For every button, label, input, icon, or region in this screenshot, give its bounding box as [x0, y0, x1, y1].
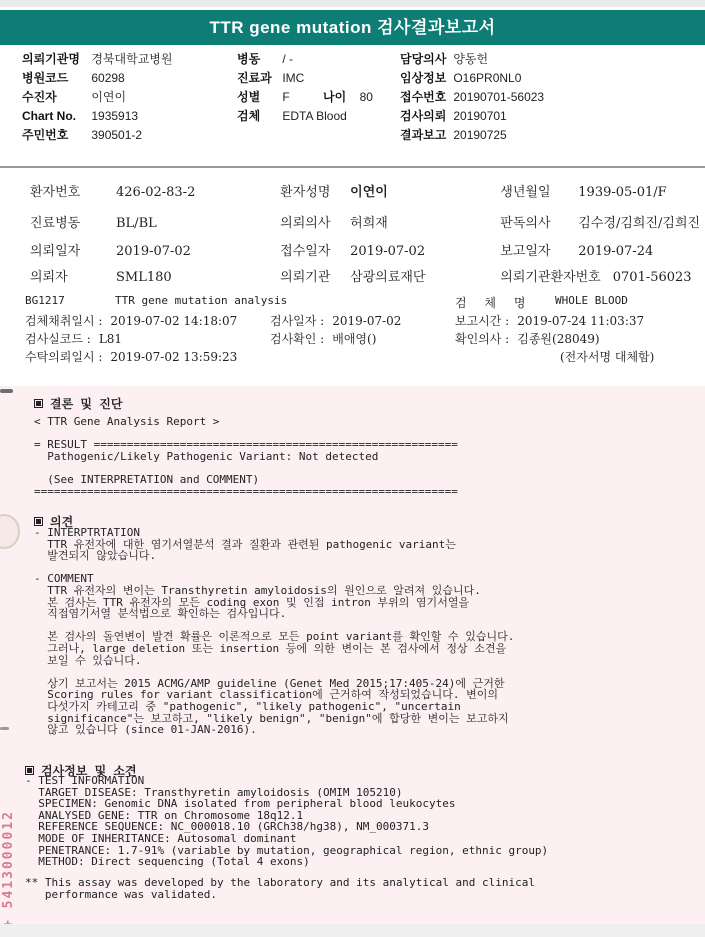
- test-code: BG1217: [25, 294, 65, 307]
- field-value: 390501-2: [91, 128, 142, 142]
- field-label: 검사확인 :: [270, 332, 324, 346]
- e-signature-note: (전자서명 대체함): [560, 348, 654, 365]
- field-label: 보고일자: [500, 240, 566, 259]
- test-date: 검사일자 :2019-07-02: [270, 312, 401, 329]
- vertical-barcode-number: + 5413000012: [1, 810, 16, 928]
- patient-row: 의뢰자SML180 의뢰기관삼광의료재단 의뢰기관환자번호0701-56023: [30, 266, 692, 285]
- order-meta-row: 검사실코드 :L81 검사확인 :배애영() 확인의사 :김종원(28049): [25, 330, 695, 348]
- field-label: 보고시간 :: [455, 314, 509, 328]
- field-request-date: 검사의뢰 20190701: [400, 107, 544, 126]
- field-label: 검체: [237, 107, 279, 126]
- field-hospital-code: 병원코드 60298: [22, 69, 173, 88]
- conclusion-result-text: < TTR Gene Analysis Report > = RESULT ==…: [34, 416, 458, 497]
- field-label: 접수일자: [280, 240, 350, 259]
- field-ward: 병동 / -: [237, 50, 373, 69]
- field-value: 경북대학교병원: [91, 52, 172, 66]
- field-value: F: [282, 90, 289, 104]
- field-value: 허희재: [350, 212, 496, 231]
- horizontal-divider: [0, 166, 705, 168]
- lab-code: 검사실코드 :L81: [25, 330, 122, 347]
- field-value: 김종원(28049): [517, 332, 599, 346]
- scan-mark-artifact: [0, 727, 9, 730]
- field-clinical-info: 임상정보 O16PR0NL0: [400, 69, 544, 88]
- test-information-text: - TEST INFORMATION TARGET DISEASE: Trans…: [25, 775, 548, 868]
- header-info-middle-column: 병동 / - 진료과 IMC 성별 F 나이 80 검체 EDTA Blood: [237, 50, 373, 126]
- patient-row: 진료병동BL/BL 의뢰의사허희재 판독의사김수경/김희진/김희진: [30, 212, 700, 231]
- field-sex-age: 성별 F 나이 80: [237, 88, 373, 107]
- collection-datetime: 검체채취일시 :2019-07-02 14:18:07: [25, 312, 237, 329]
- field-value: 1935913: [91, 109, 138, 123]
- field-label: 담당의사: [400, 50, 450, 69]
- field-report-date: 결과보고 20190725: [400, 126, 544, 145]
- field-label: 환자성명: [280, 181, 350, 200]
- field-label: 생년월일: [500, 181, 566, 200]
- field-label: 진료과: [237, 69, 279, 88]
- test-verifier: 검사확인 :배애영(): [270, 330, 376, 347]
- field-value: 60298: [91, 71, 124, 85]
- field-label: 성별: [237, 88, 279, 107]
- field-label: 병동: [237, 50, 279, 69]
- field-value: 20190725: [453, 128, 506, 142]
- section-heading-conclusion: 결론 및 진단: [34, 395, 122, 412]
- field-value: 2019-07-02: [350, 244, 496, 259]
- field-attending-doctor: 담당의사 양동헌: [400, 50, 544, 69]
- report-title: TTR gene mutation 검사결과보고서: [209, 18, 495, 37]
- field-value: 426-02-83-2: [116, 185, 276, 200]
- header-info-left-column: 의뢰기관명 경북대학교병원 병원코드 60298 수진자 이연이 Chart N…: [22, 50, 173, 145]
- field-value: 삼광의료재단: [350, 266, 496, 285]
- field-value: 2019-07-24: [578, 244, 653, 259]
- specimen-name-label: 검 체 명: [455, 294, 532, 311]
- bottom-strip: [0, 924, 705, 937]
- patient-row: 의뢰일자2019-07-02 접수일자2019-07-02 보고일자2019-0…: [30, 240, 653, 259]
- field-label: 검사실코드 :: [25, 332, 91, 346]
- field-ordering-institution: 의뢰기관명 경북대학교병원: [22, 50, 173, 69]
- field-value: L81: [99, 332, 122, 346]
- field-value: IMC: [282, 71, 304, 85]
- field-value: 2019-07-24 11:03:37: [517, 314, 644, 328]
- field-examinee: 수진자 이연이: [22, 88, 173, 107]
- header-info-right-column: 담당의사 양동헌 임상정보 O16PR0NL0 접수번호 20190701-56…: [400, 50, 544, 145]
- field-label: 진료병동: [30, 212, 116, 231]
- patient-row: 환자번호426-02-83-2 환자성명이연이 생년월일1939-05-01/F: [30, 181, 667, 200]
- square-bullet-icon: [34, 399, 43, 408]
- field-value: 20190701: [453, 109, 506, 123]
- square-bullet-icon: [34, 517, 43, 526]
- field-value: 2019-07-02: [116, 244, 276, 259]
- field-label: 확인의사 :: [455, 332, 509, 346]
- field-value: O16PR0NL0: [453, 71, 521, 85]
- test-name: TTR gene mutation analysis: [115, 294, 287, 307]
- field-value: 80: [360, 90, 373, 104]
- specimen-name-value: WHOLE BLOOD: [555, 294, 628, 307]
- field-value: BL/BL: [116, 216, 276, 231]
- report-time: 보고시간 :2019-07-24 11:03:37: [455, 312, 644, 329]
- field-value: / -: [282, 52, 293, 66]
- field-label: 검사의뢰: [400, 107, 450, 126]
- field-label: 수탁의뢰일시 :: [25, 350, 102, 364]
- field-label: 나이: [323, 88, 346, 107]
- confirming-doctor: 확인의사 :김종원(28049): [455, 330, 600, 347]
- field-chart-no: Chart No. 1935913: [22, 107, 173, 126]
- field-label: 의뢰기관명: [22, 50, 88, 69]
- field-label: 환자번호: [30, 181, 116, 200]
- field-value: 김수경/김희진/김희진: [578, 216, 700, 231]
- order-meta-row: 검체채취일시 :2019-07-02 14:18:07 검사일자 :2019-0…: [25, 312, 695, 330]
- field-department: 진료과 IMC: [237, 69, 373, 88]
- field-value: EDTA Blood: [282, 109, 346, 123]
- field-value: 2019-07-02: [332, 314, 401, 328]
- field-specimen: 검체 EDTA Blood: [237, 107, 373, 126]
- opinion-text: - INTERPTRTATION TTR 유전자에 대한 염기서열분석 결과 질…: [34, 527, 514, 736]
- referral-datetime: 수탁의뢰일시 :2019-07-02 13:59:23: [25, 348, 237, 365]
- field-value: 양동헌: [453, 52, 488, 66]
- field-value: 2019-07-02 14:18:07: [110, 314, 237, 328]
- field-label: 주민번호: [22, 126, 88, 145]
- scan-mark-artifact: [0, 389, 13, 393]
- field-value: 이연이: [91, 90, 126, 104]
- field-label: 임상정보: [400, 69, 450, 88]
- field-value: 20190701-56023: [453, 90, 544, 104]
- field-value: 2019-07-02 13:59:23: [110, 350, 237, 364]
- field-value: 0701-56023: [613, 270, 692, 285]
- field-value: 1939-05-01/F: [578, 185, 666, 200]
- field-label: 판독의사: [500, 212, 566, 231]
- order-meta-row: 수탁의뢰일시 :2019-07-02 13:59:23 (전자서명 대체함): [25, 348, 695, 366]
- field-accession-no: 접수번호 20190701-56023: [400, 88, 544, 107]
- report-title-bar: TTR gene mutation 검사결과보고서: [0, 10, 705, 45]
- section-heading-text: 결론 및 진단: [50, 397, 122, 411]
- field-value: 배애영(): [332, 332, 376, 346]
- field-label: 의뢰자: [30, 266, 116, 285]
- order-header-row: BG1217 TTR gene mutation analysis 검 체 명 …: [25, 294, 695, 312]
- field-label: 의뢰일자: [30, 240, 116, 259]
- top-strip: [0, 0, 705, 7]
- field-label: 결과보고: [400, 126, 450, 145]
- field-label: 의뢰의사: [280, 212, 350, 231]
- field-label: Chart No.: [22, 107, 88, 126]
- field-resident-no: 주민번호 390501-2: [22, 126, 173, 145]
- field-label: 접수번호: [400, 88, 450, 107]
- assay-validation-note: ** This assay was developed by the labor…: [25, 877, 535, 900]
- patient-name: 이연이: [350, 181, 496, 200]
- field-label: 의뢰기관: [280, 266, 350, 285]
- field-label: 병원코드: [22, 69, 88, 88]
- field-label: 의뢰기관환자번호: [500, 266, 600, 285]
- lab-report-page: TTR gene mutation 검사결과보고서 의뢰기관명 경북대학교병원 …: [0, 0, 705, 937]
- field-label: 검사일자 :: [270, 314, 324, 328]
- field-label: 검체채취일시 :: [25, 314, 102, 328]
- field-label: 수진자: [22, 88, 88, 107]
- field-value: SML180: [116, 270, 276, 285]
